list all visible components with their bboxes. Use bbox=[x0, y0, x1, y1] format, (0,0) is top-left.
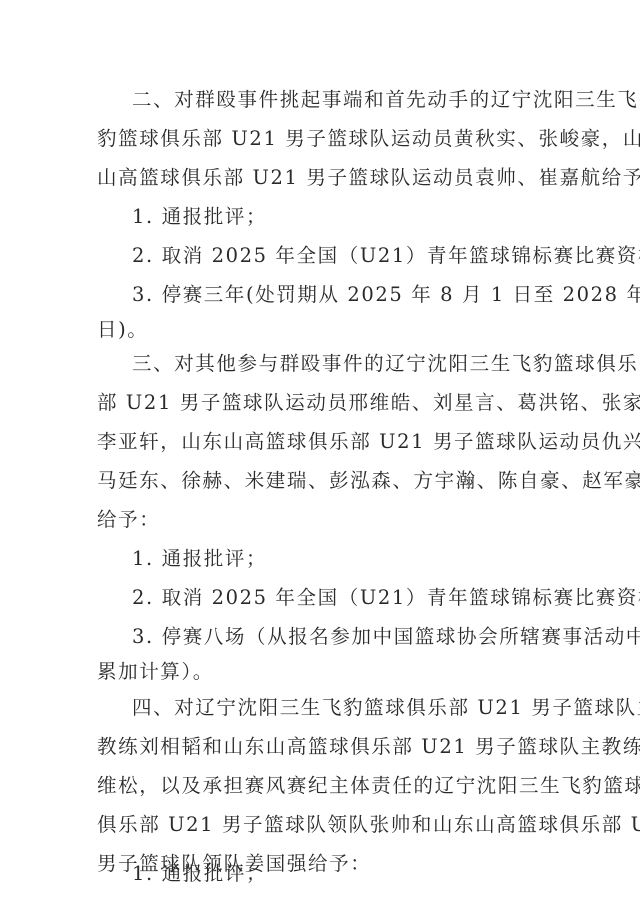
section4-paragraph-line: 俱乐部 U21 男子篮球队领队张帅和山东山高篮球俱乐部 U21 bbox=[97, 813, 567, 837]
section2-item-2: 2. 取消 2025 年全国（U21）青年篮球锦标赛比赛资格； bbox=[132, 244, 602, 268]
section2-item-3: 3. 停赛三年(处罚期从 2025 年 8 月 1 日至 2028 年 7 月 … bbox=[132, 283, 602, 307]
document-page: 二、对群殴事件挑起事端和首先动手的辽宁沈阳三生飞 豹篮球俱乐部 U21 男子篮球… bbox=[0, 0, 640, 905]
section4-item-1: 1. 通报批评； bbox=[132, 862, 602, 886]
section3-item-1: 1. 通报批评； bbox=[132, 547, 602, 571]
section3-paragraph-line: 李亚轩，山东山高篮球俱乐部 U21 男子篮球队运动员仇兴、 bbox=[97, 430, 567, 454]
section3-paragraph-line: 给予： bbox=[97, 508, 567, 532]
section2-paragraph-line: 豹篮球俱乐部 U21 男子篮球队运动员黄秋实、张峻豪，山东 bbox=[97, 127, 567, 151]
section2-item-3-continuation: 日)。 bbox=[97, 318, 567, 342]
section3-item-2: 2. 取消 2025 年全国（U21）青年篮球锦标赛比赛资格； bbox=[132, 586, 602, 610]
section2-paragraph-line: 山高篮球俱乐部 U21 男子篮球队运动员袁帅、崔嘉航给予： bbox=[97, 166, 567, 190]
section4-paragraph-line: 四、对辽宁沈阳三生飞豹篮球俱乐部 U21 男子篮球队主 bbox=[132, 696, 567, 720]
section3-paragraph-line: 部 U21 男子篮球队运动员邢维皓、刘星言、葛洪铭、张家诚、 bbox=[97, 391, 567, 415]
section3-item-3: 3. 停赛八场（从报名参加中国篮球协会所辖赛事活动中 bbox=[132, 625, 602, 649]
section3-paragraph-line: 马廷东、徐赫、米建瑞、彭泓森、方宇瀚、陈自豪、赵军豪 bbox=[97, 469, 567, 493]
section4-paragraph-line: 维松，以及承担赛风赛纪主体责任的辽宁沈阳三生飞豹篮球 bbox=[97, 774, 567, 798]
section3-item-3-continuation: 累加计算）。 bbox=[97, 660, 567, 684]
section4-paragraph-line: 教练刘相韬和山东山高篮球俱乐部 U21 男子篮球队主教练鞠 bbox=[97, 735, 567, 759]
section3-paragraph-line: 三、对其他参与群殴事件的辽宁沈阳三生飞豹篮球俱乐 bbox=[132, 352, 567, 376]
section2-paragraph-line: 二、对群殴事件挑起事端和首先动手的辽宁沈阳三生飞 bbox=[132, 88, 567, 112]
section2-item-1: 1. 通报批评； bbox=[132, 205, 602, 229]
